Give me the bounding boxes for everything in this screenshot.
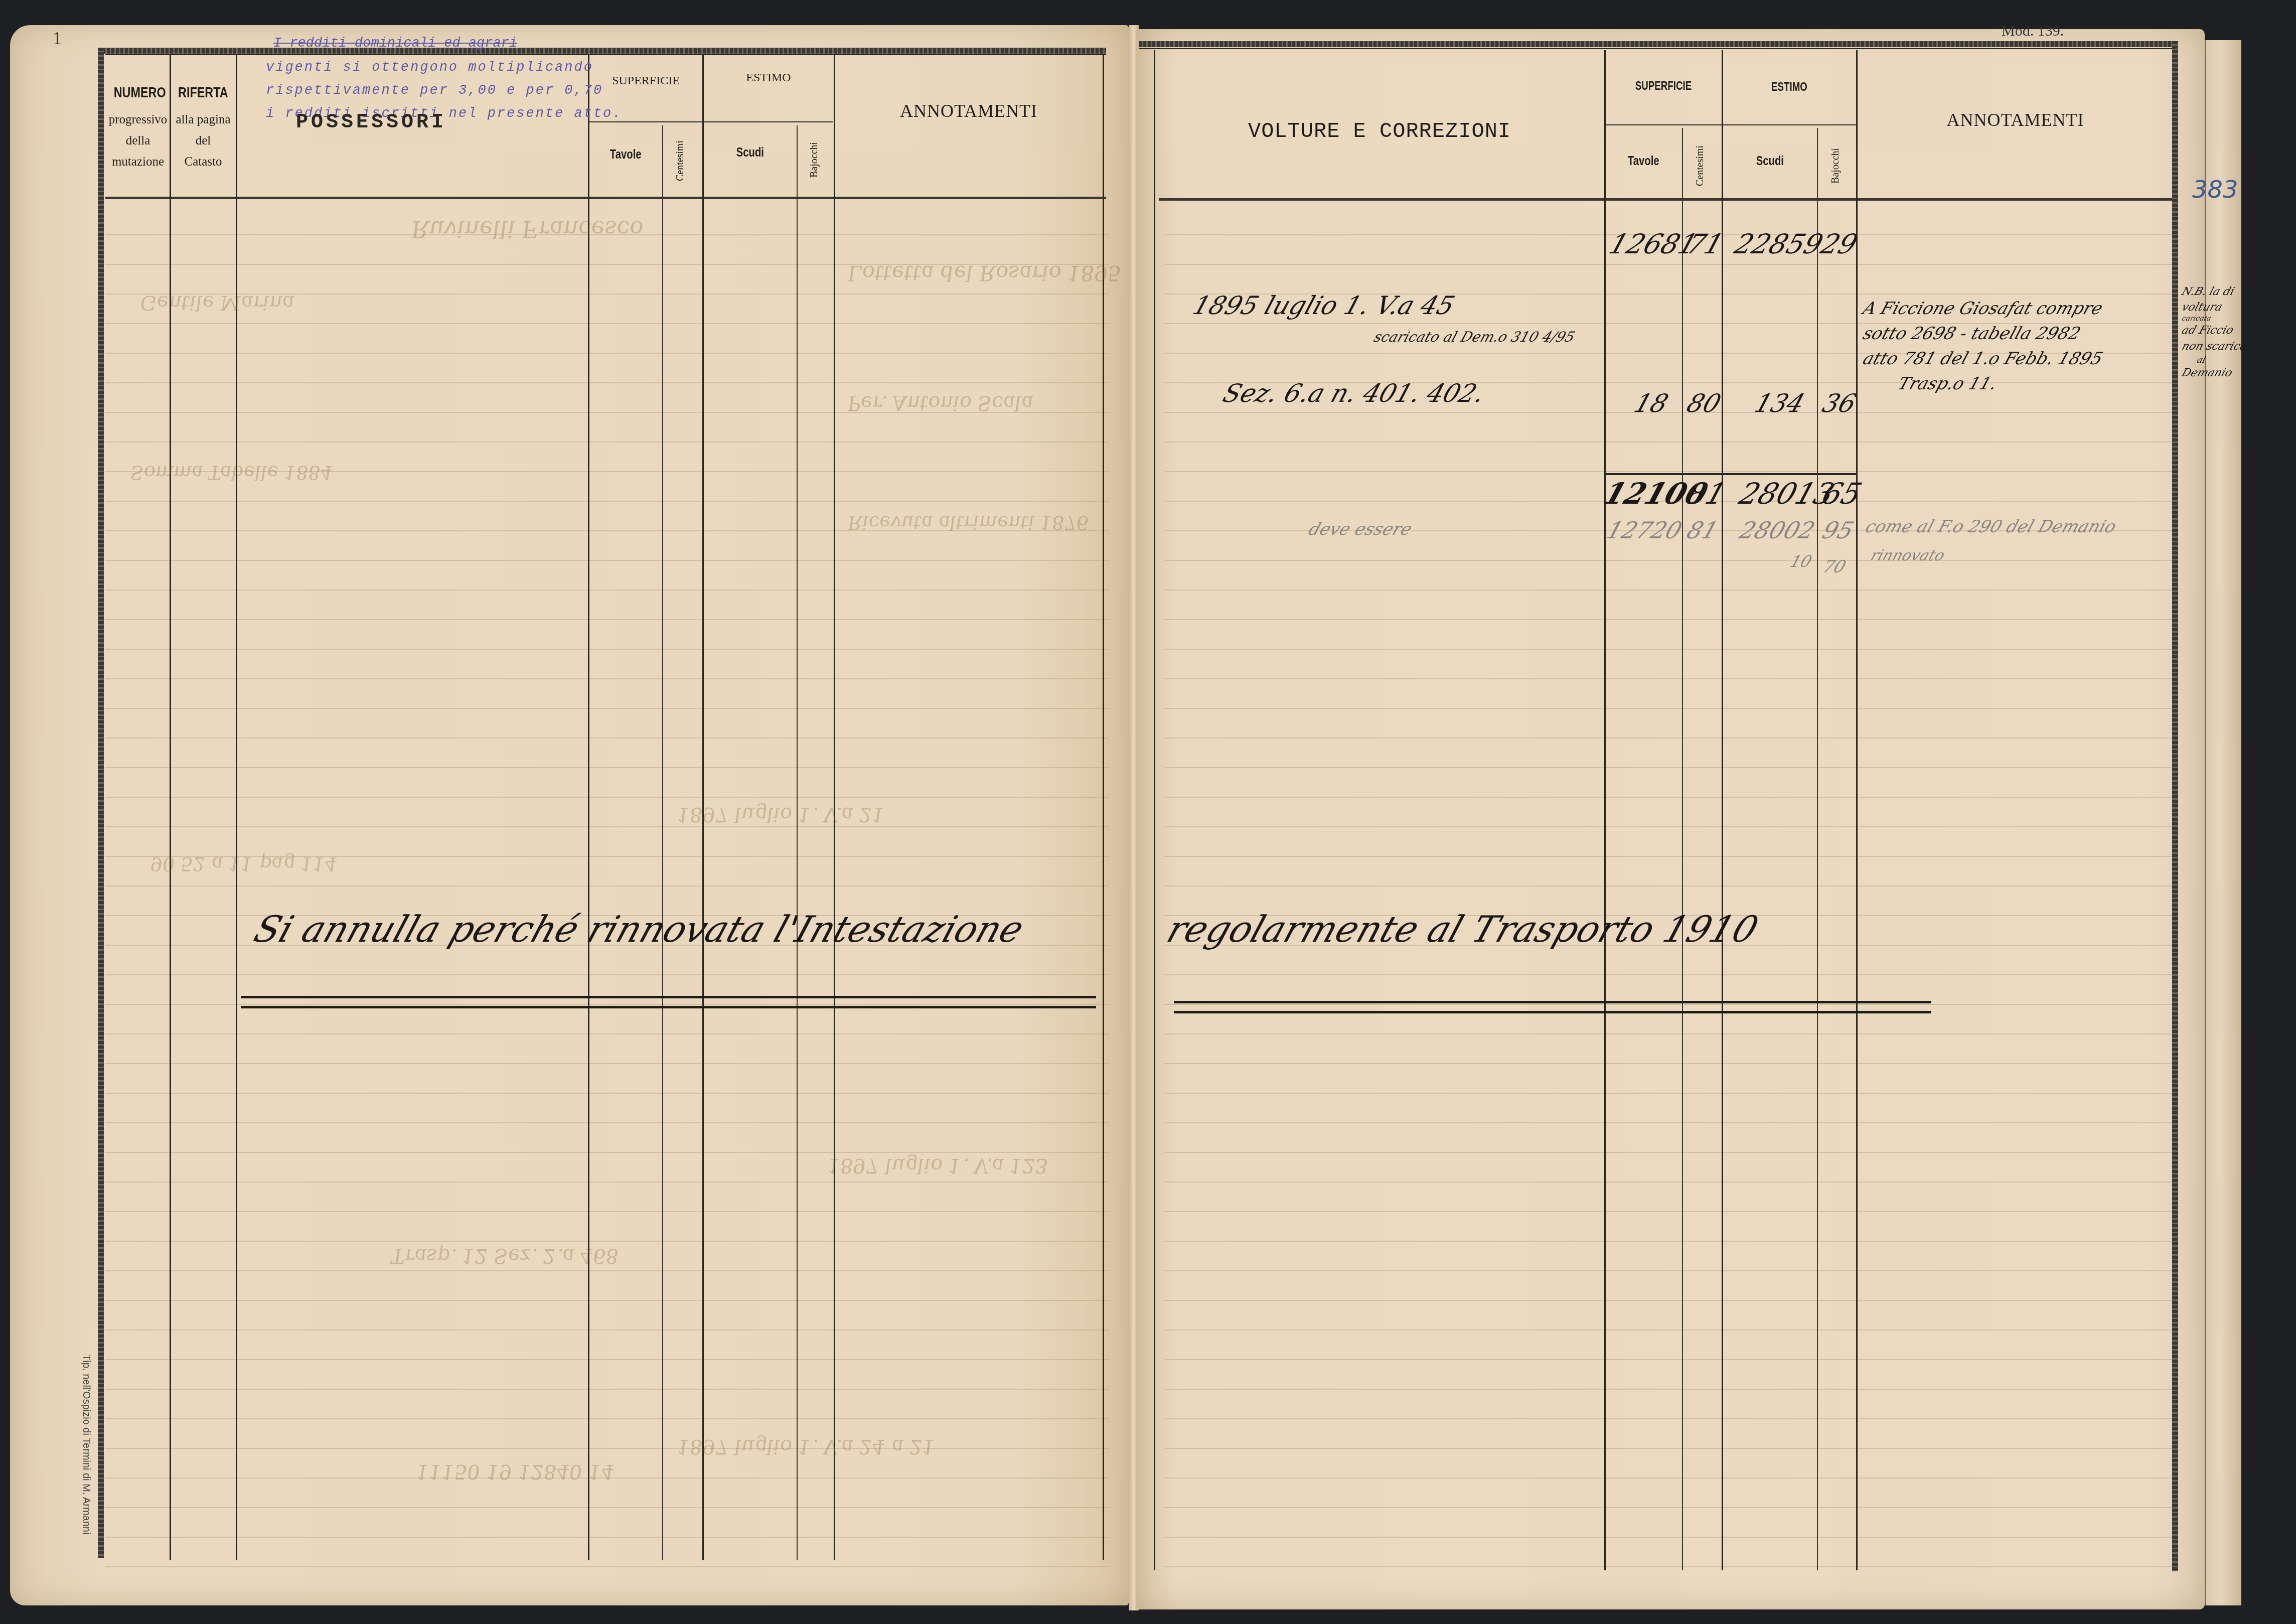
stamp-line-3: rispettivamente per 3,00 e per 0,70	[266, 83, 603, 98]
right-header-bottom-rule	[1159, 198, 2172, 201]
header-annotamenti-right: ANNOTAMENTI	[1859, 109, 2172, 130]
cancel-rule	[241, 996, 1096, 998]
stamp-line-2: vigenti si ottengono moltiplicando	[266, 60, 593, 75]
bleed-through: Gentile Marina	[137, 291, 298, 314]
pencil-annotation-1: come al F.o 290 del Demanio	[1863, 517, 2119, 537]
col-divider	[236, 55, 237, 1560]
pencil-annotation-2: rinnovato	[1868, 547, 1947, 564]
col-divider	[1682, 128, 1683, 1570]
bleed-through: 90 52 a 11 pag 114	[147, 853, 341, 875]
form-code: Mod. 139.	[2002, 23, 2064, 40]
col-divider	[1722, 50, 1723, 1570]
bleed-through: Ricevuta altrimenti 1876	[844, 512, 1092, 534]
header-estimo: ESTIMO	[704, 71, 833, 85]
right-frame-inner-top	[1139, 48, 2172, 49]
bleed-through: 11150 19 12840 14	[413, 1460, 618, 1483]
entry-2-subnote: scaricato al Dem.o 310 4/95	[1372, 329, 1577, 345]
header-superficie-right: SUPERFICIE	[1605, 79, 1722, 93]
corner-mark: 1	[53, 28, 62, 49]
header-centesimi: Centesimi	[675, 130, 686, 191]
col-divider	[1154, 50, 1155, 1570]
margin-note-line: al	[2195, 355, 2263, 366]
header-tavole-right: Tavole	[1605, 153, 1682, 169]
header-possessori: POSSESSORI	[296, 111, 446, 134]
margin-note-line: ad Ficcio	[2180, 323, 2249, 339]
col-divider	[170, 55, 171, 1560]
left-frame-top	[98, 48, 1106, 54]
header-superficie: SUPERFICIE	[589, 74, 702, 88]
bleed-through: 1897 luglio 1. V.a 123	[824, 1154, 1052, 1177]
entry-2-scudi: 134	[1751, 389, 1808, 418]
header-numero: NUMERO	[106, 84, 170, 101]
ruled-lines-right	[1164, 206, 2177, 1590]
annotation-line: sotto 2698 - tabella 2982	[1860, 321, 2106, 346]
subheader-rule	[1605, 124, 1856, 125]
bleed-through: 1897 luglio 1. V.a 21	[674, 803, 889, 826]
cancel-rule	[241, 1006, 1096, 1008]
entry-1-scudi: 22859	[1731, 228, 1827, 260]
bleed-through: 1897 luglio 1. V.a 24 a 21	[674, 1435, 939, 1458]
bleed-through: Per. Antonio Scala	[844, 391, 1037, 414]
pencil-tavole: 12720	[1603, 517, 1686, 544]
bleed-through: Ruvinelli Francesco	[407, 216, 647, 243]
col-divider	[588, 55, 589, 1560]
left-frame-side	[98, 48, 104, 1558]
total-rule	[1604, 473, 1856, 475]
margin-note-line: voltura	[2180, 301, 2248, 315]
header-riferta: RIFERTA	[171, 84, 236, 101]
header-volture: VOLTURE E CORREZIONI	[1156, 119, 1603, 143]
header-centesimi-right: Centesimi	[1695, 135, 1706, 196]
pencil-note: deve essere	[1306, 519, 1415, 539]
header-bajocchi-right: Bajocchi	[1830, 135, 1842, 196]
margin-note-line: N.B. la di	[2179, 283, 2249, 301]
header-annotamenti-left: ANNOTAMENTI	[835, 100, 1102, 121]
stamp-line-1: I redditi dominicali ed agrari	[273, 36, 517, 51]
annotation-line: A Ficcione Giosafat compre	[1860, 296, 2106, 321]
header-scudi: Scudi	[704, 144, 797, 160]
cancellation-note-right: regolarmente al Trasporto 1910	[1162, 908, 1763, 950]
page-stack-edge	[2205, 40, 2241, 1605]
header-riferta-sub: alla pagina del Catasto	[170, 109, 237, 173]
right-frame-top	[1139, 41, 2177, 47]
header-numero-sub: progressivo della mutazione	[103, 109, 173, 173]
printer-imprint: Tip. nell'Ospizio di Termini di M. Arman…	[80, 1355, 92, 1550]
col-divider	[797, 125, 798, 1560]
subheader-rule	[589, 121, 833, 122]
pencil-scudi: 28002	[1736, 517, 1818, 544]
margin-note-line: non scarica	[2180, 339, 2249, 355]
page-number: 383	[2192, 176, 2238, 204]
header-estimo-right: ESTIMO	[1723, 80, 1856, 94]
header-tavole: Tavole	[589, 146, 662, 162]
col-divider	[1856, 50, 1858, 1570]
entry-2-description: 1895 luglio 1. V.a 45	[1189, 291, 1458, 320]
annotation-line: Trasp.o 11.	[1895, 371, 2141, 396]
col-divider	[662, 125, 663, 1560]
col-divider	[1817, 128, 1818, 1570]
annotation-line: atto 781 del 1.o Febb. 1895	[1860, 346, 2106, 371]
entry-2-annotation: A Ficcione Giosafat compre sotto 2698 - …	[1864, 296, 2102, 396]
bleed-through: Somma Tabelle 1884	[127, 462, 336, 484]
bleed-through: Lottetta del Rosario 1895	[844, 261, 1125, 285]
col-divider	[1604, 50, 1606, 1570]
cancel-rule	[1174, 1011, 1931, 1013]
margin-note-line: caricata	[2181, 315, 2247, 323]
left-header-bottom-rule	[105, 197, 1106, 199]
cancellation-note-left: Si annulla perché rinnovata l'Intestazio…	[249, 908, 1029, 950]
cancel-rule	[1174, 1001, 1931, 1003]
header-bajocchi: Bajocchi	[809, 129, 820, 190]
margin-note-line: Demanio	[2180, 366, 2249, 381]
margin-note: N.B. la di voltura caricata ad Ficcio no…	[2182, 283, 2246, 381]
entry-2-section: Sez. 6.a n. 401. 402.	[1219, 379, 1489, 408]
bleed-through: Trasp. 12 Sez. 2.a 468	[388, 1244, 623, 1267]
right-frame-side	[2172, 41, 2178, 1571]
left-frame-inner-top	[105, 54, 1106, 55]
header-scudi-right: Scudi	[1723, 153, 1817, 169]
